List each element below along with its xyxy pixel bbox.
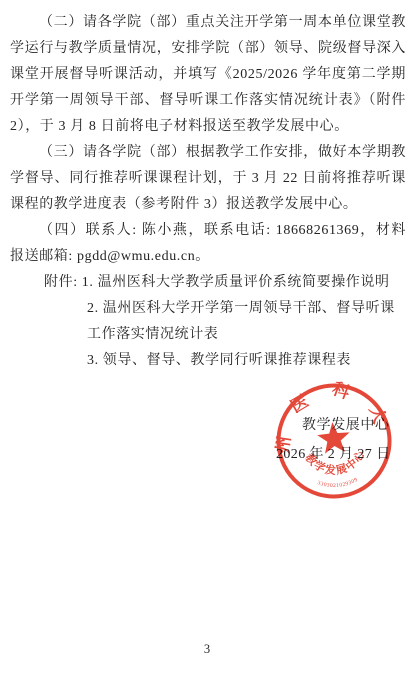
body-line: （四）联系人: 陈小燕，联系电话: 18668261369，材料 xyxy=(10,218,406,244)
body-line: （三）请各学院（部）根据教学工作安排，做好本学期教 xyxy=(10,140,406,166)
body-line: 学督导、同行推荐听课课程计划，于 3 月 22 日前将推荐听课 xyxy=(10,166,406,192)
document-body: （二）请各学院（部）重点关注开学第一周本单位课堂教 学运行与教学质量情况，安排学… xyxy=(10,10,406,374)
seal-code-holder: 3303021029309 xyxy=(316,477,359,491)
seal-banner-text: 教学发展中心 xyxy=(301,445,370,480)
body-line: 2），于 3 月 8 日前将电子材料报送至教学发展中心。 xyxy=(10,114,406,140)
body-line: 开学第一周领导干部、督导听课工作落实情况统计表》（附件 xyxy=(10,88,406,114)
page-number: 3 xyxy=(0,642,414,657)
seal-star-icon xyxy=(316,421,351,455)
official-seal: 温州医科大学 教学发展中心 3303021029309 xyxy=(273,380,395,502)
document-page: （二）请各学院（部）重点关注开学第一周本单位课堂教 学运行与教学质量情况，安排学… xyxy=(0,0,414,680)
attachment-line: 2. 温州医科大学开学第一周领导干部、督导听课 xyxy=(10,296,406,322)
body-line: （二）请各学院（部）重点关注开学第一周本单位课堂教 xyxy=(10,10,406,36)
body-line: 课堂开展督导听课活动，并填写《2025/2026 学年度第二学期 xyxy=(10,62,406,88)
attachment-line: 工作落实情况统计表 xyxy=(10,322,406,348)
body-line: 报送邮箱: pgdd@wmu.edu.cn。 xyxy=(10,244,406,270)
seal-banner-text-holder: 教学发展中心 xyxy=(301,445,370,480)
body-line: 课程的教学进度表（参考附件 3）报送教学发展中心。 xyxy=(10,192,406,218)
seal-code: 3303021029309 xyxy=(316,477,359,491)
attachment-line: 3. 领导、督导、教学同行听课推荐课程表 xyxy=(10,348,406,374)
body-line: 学运行与教学质量情况，安排学院（部）领导、院级督导深入 xyxy=(10,36,406,62)
attachment-line: 附件: 1. 温州医科大学教学质量评价系统简要操作说明 xyxy=(10,270,406,296)
